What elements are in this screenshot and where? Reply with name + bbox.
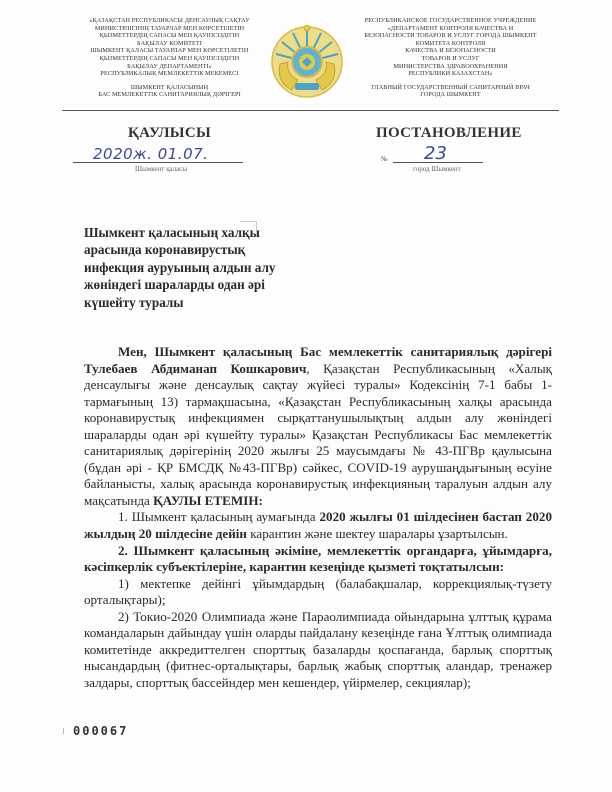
header-official-line: БАС МЕМЛЕКЕТТІК САНИТАРИЯЛЫҚ ДӘРІГЕРІ — [62, 91, 277, 99]
document-subject: Шымкент қаласының халқы арасында коронав… — [84, 224, 299, 311]
number-sign: № — [381, 155, 388, 163]
header-line: БАҚЫЛАУ ДЕПАРТАМЕНТІ» — [62, 63, 277, 71]
header-line: ТОВАРОВ И УСЛУГ — [343, 55, 558, 63]
handwritten-number: 23 — [424, 143, 447, 164]
header-official-line: ГЛАВНЫЙ ГОСУДАРСТВЕННЫЙ САНИТАРНЫЙ ВРАЧ — [343, 84, 558, 92]
document-body: Мен, Шымкент қаласының Бас мемлекеттік с… — [84, 344, 552, 691]
date-underline — [73, 162, 243, 163]
header-line: КАЧЕСТВА И БЕЗОПАСНОСТИ — [343, 47, 558, 55]
header-line: «ДЕПАРТАМЕНТ КОНТРОЛЯ КАЧЕСТВА И — [343, 25, 558, 33]
sub-item-2: 2) Токио-2020 Олимпиада және Параолимпиа… — [84, 609, 552, 692]
scan-mark — [63, 728, 64, 734]
header-line: РЕСПУБЛИКИ КАЗАХСТАН» — [343, 70, 558, 78]
header-official-line: ГОРОДА ШЫМКЕНТ — [343, 91, 558, 99]
item-1-start: 1. Шымкент қаласының аумағында — [118, 509, 319, 524]
header-line: МИНИСТРЛІГІНІҢ ТАУАРЛАР МЕН КӨРСЕТІЛЕТІН — [62, 25, 277, 33]
item-1: 1. Шымкент қаласының аумағында 2020 жылғ… — [84, 509, 552, 542]
city-label-russian: город Шымкент — [413, 165, 461, 173]
header-line: РЕСПУБЛИКАЛЫҚ МЕМЛЕКЕТТІК МЕКЕМЕСІ — [62, 70, 277, 78]
document-title-russian: ПОСТАНОВЛЕНИЕ — [376, 125, 522, 142]
sub-item-1: 1) мектепке дейінгі ұйымдардың (балабақш… — [84, 576, 552, 609]
header-divider — [62, 110, 559, 111]
header-official-line: ШЫМКЕНТ ҚАЛАСЫНЫҢ — [62, 84, 277, 92]
header-line: «ҚАЗАҚСТАН РЕСПУБЛИКАСЫ ДЕНСАУЛЫҚ САҚТАУ — [62, 17, 277, 25]
intro-text: , Қазақстан Республикасының «Халық денса… — [84, 361, 552, 508]
header-kazakh-institution: «ҚАЗАҚСТАН РЕСПУБЛИКАСЫ ДЕНСАУЛЫҚ САҚТАУ… — [62, 17, 277, 99]
item-2: 2. Шымкент қаласының әкіміне, мемлекетті… — [84, 543, 552, 576]
header-line: ҚЫЗМЕТТЕРДІҢ САПАСЫ МЕН ҚАУІПСІЗДІГІН — [62, 55, 277, 63]
resolve-statement: ҚАУЛЫ ЕТЕМІН: — [153, 493, 263, 508]
header-line: БЕЗОПАСНОСТИ ТОВАРОВ И УСЛУГ ГОРОДА ШЫМК… — [343, 32, 558, 40]
header-line: МИНИСТЕРСТВА ЗДРАВООХРАНЕНИЯ — [343, 63, 558, 71]
item-1-end: карантин және шектеу шаралары ұзартылсын… — [247, 526, 508, 541]
document-title-kazakh: ҚАУЛЫСЫ — [128, 125, 211, 142]
header-line: КОМИТЕТА КОНТРОЛЯ — [343, 40, 558, 48]
handwritten-date: 2020ж. 01.07. — [93, 145, 208, 163]
header-line: ҚЫЗМЕТТЕРДІҢ САПАСЫ МЕН ҚАУІПСІЗДІГІН — [62, 32, 277, 40]
city-label-kazakh: Шымкент қаласы — [135, 165, 187, 173]
header-russian-institution: РЕСПУБЛИКАНСКОЕ ГОСУДАРСТВЕННОЕ УЧРЕЖДЕН… — [343, 17, 558, 99]
state-emblem-icon — [268, 22, 346, 100]
intro-paragraph: Мен, Шымкент қаласының Бас мемлекеттік с… — [84, 344, 552, 509]
header-line: БАҚЫЛАУ КОМИТЕТІ — [62, 40, 277, 48]
number-underline — [393, 162, 483, 163]
header-line: ШЫМКЕНТ ҚАЛАСЫ ТАУАРЛАР МЕН КӨРСЕТІЛЕТІН — [62, 47, 277, 55]
serial-number: 000067 — [73, 724, 128, 738]
header-line: РЕСПУБЛИКАНСКОЕ ГОСУДАРСТВЕННОЕ УЧРЕЖДЕН… — [343, 17, 558, 25]
